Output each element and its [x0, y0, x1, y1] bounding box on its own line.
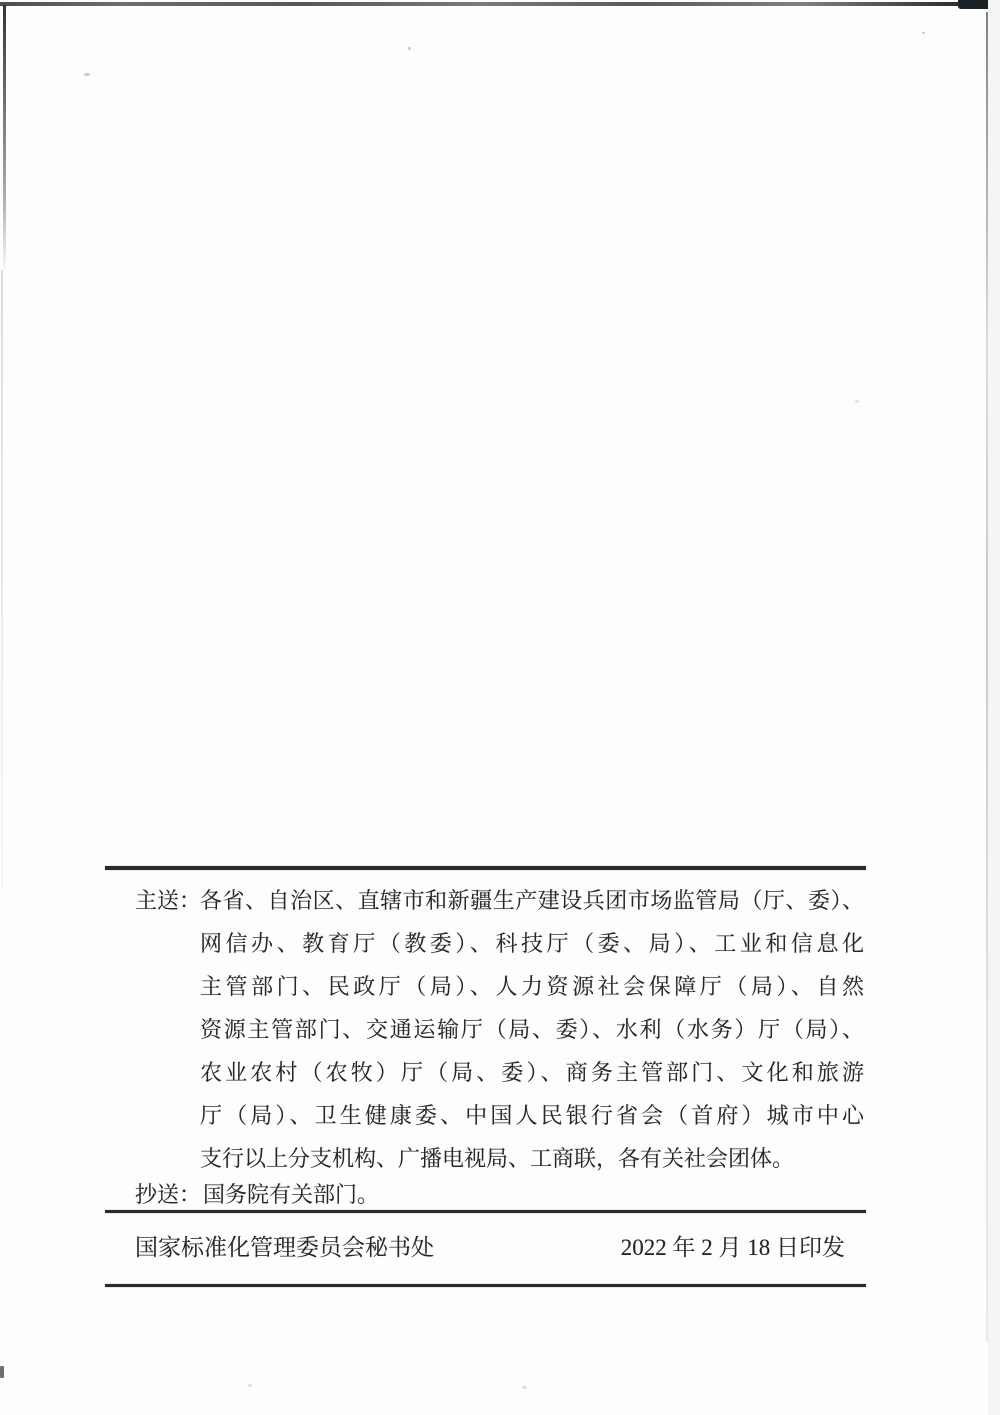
- scan-edge-left: [3, 5, 6, 275]
- scan-speck: [248, 1384, 252, 1387]
- cc-text: 国务院有关部门。: [203, 1182, 379, 1207]
- recipients-line: 农业农村（农牧）厅（局、委）、商务主管部门、文化和旅游: [200, 1051, 864, 1094]
- scan-speck: [522, 1386, 527, 1389]
- scan-right-page-crease: [986, 12, 988, 1342]
- recipients-line: 网信办、教育厅（教委）、科技厅（委、局）、工业和信息化: [200, 922, 864, 965]
- scan-right-band: [988, 0, 1000, 1415]
- main-recipients-list: 各省、自治区、直辖市和新疆生产建设兵团市场监管局（厅、委）、 网信办、教育厅（教…: [200, 879, 864, 1180]
- print-date: 2022 年 2 月 18 日印发: [621, 1228, 845, 1268]
- scan-edge-left-dash: [0, 1366, 4, 1378]
- scanned-document-page: 主送： 各省、自治区、直辖市和新疆生产建设兵团市场监管局（厅、委）、 网信办、教…: [0, 0, 1000, 1415]
- separator-line-top: [105, 866, 866, 870]
- separator-line-bottom: [105, 1284, 866, 1287]
- scan-edge-left-faint: [1, 270, 3, 890]
- scan-speck: [84, 73, 90, 76]
- separator-line-middle: [105, 1210, 866, 1213]
- colophon-row: 国家标准化管理委员会秘书处 2022 年 2 月 18 日印发: [135, 1228, 845, 1268]
- recipients-line: 厅（局）、卫生健康委、中国人民银行省会（首府）城市中心: [200, 1094, 864, 1137]
- recipients-line: 主管部门、民政厅（局）、人力资源社会保障厅（局）、自然: [200, 965, 864, 1008]
- recipients-line: 资源主管部门、交通运输厅（局、委）、水利（水务）厅（局）、: [200, 1008, 864, 1051]
- recipients-line: 各省、自治区、直辖市和新疆生产建设兵团市场监管局（厅、委）、: [200, 879, 864, 922]
- scan-edge-top: [0, 2, 1000, 6]
- scan-speck: [922, 32, 925, 34]
- main-recipients-label: 主送：: [135, 879, 201, 922]
- scan-speck: [855, 400, 859, 403]
- issuing-office: 国家标准化管理委员会秘书处: [135, 1228, 434, 1268]
- cc-label: 抄送：: [135, 1182, 201, 1207]
- scan-speck: [408, 47, 411, 50]
